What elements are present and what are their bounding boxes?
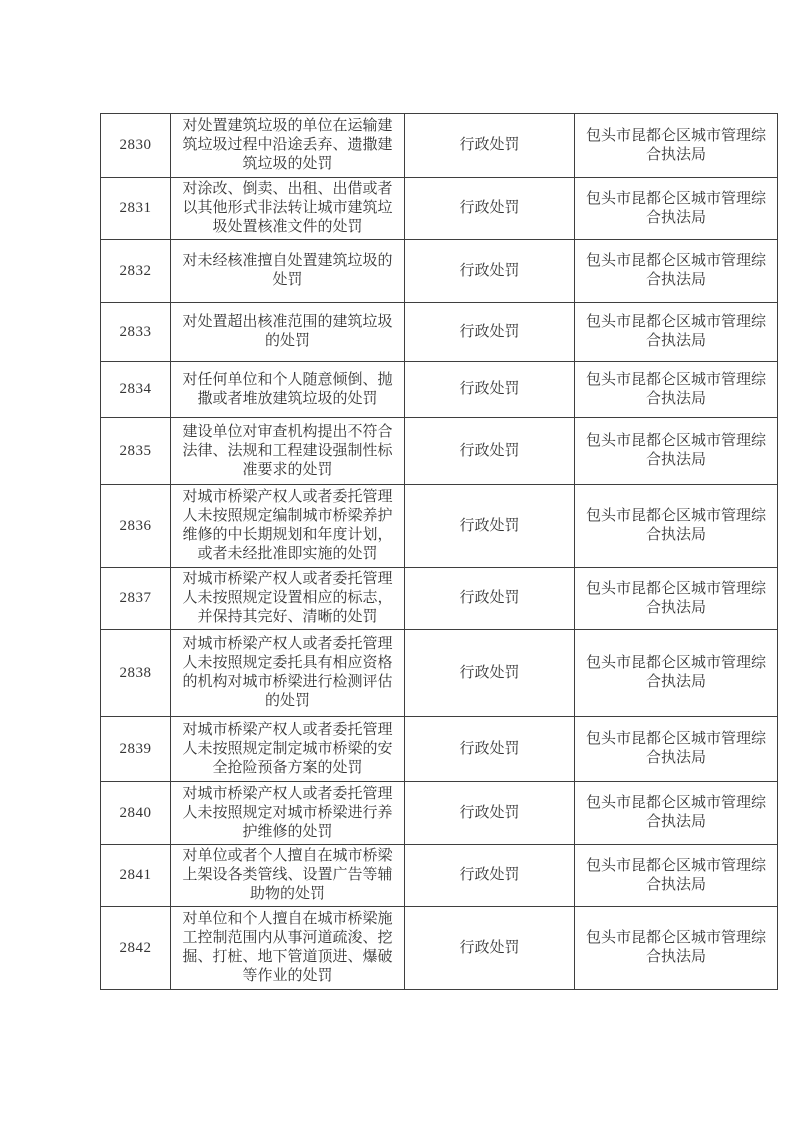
item-cell: 对涂改、倒卖、出租、出借或者 以其他形式非法转让城市建筑垃 圾处置核准文件的处罚 (171, 178, 405, 240)
row-id-cell: 2842 (101, 907, 171, 990)
item-cell: 对城市桥梁产权人或者委托管理 人未按照规定制定城市桥梁的安 全抢险预备方案的处罚 (171, 717, 405, 782)
table-row: 2838 对城市桥梁产权人或者委托管理 人未按照规定委托具有相应资格 的机构对城… (101, 630, 778, 717)
agency-cell: 包头市昆都仑区城市管理综 合执法局 (575, 240, 778, 303)
type-cell: 行政处罚 (405, 485, 575, 568)
item-cell: 对单位或者个人擅自在城市桥梁 上架设各类管线、设置广告等辅 助物的处罚 (171, 845, 405, 907)
agency-cell: 包头市昆都仑区城市管理综 合执法局 (575, 717, 778, 782)
type-cell: 行政处罚 (405, 782, 575, 845)
agency-cell: 包头市昆都仑区城市管理综 合执法局 (575, 485, 778, 568)
item-cell: 对处置建筑垃圾的单位在运输建 筑垃圾过程中沿途丢弃、遗撒建 筑垃圾的处罚 (171, 114, 405, 178)
row-id-cell: 2834 (101, 362, 171, 418)
type-cell: 行政处罚 (405, 845, 575, 907)
agency-cell: 包头市昆都仑区城市管理综 合执法局 (575, 303, 778, 362)
agency-cell: 包头市昆都仑区城市管理综 合执法局 (575, 907, 778, 990)
agency-cell: 包头市昆都仑区城市管理综 合执法局 (575, 114, 778, 178)
penalties-table: 2830 对处置建筑垃圾的单位在运输建 筑垃圾过程中沿途丢弃、遗撒建 筑垃圾的处… (100, 113, 778, 990)
table-row: 2841 对单位或者个人擅自在城市桥梁 上架设各类管线、设置广告等辅 助物的处罚… (101, 845, 778, 907)
type-cell: 行政处罚 (405, 630, 575, 717)
agency-cell: 包头市昆都仑区城市管理综 合执法局 (575, 178, 778, 240)
item-cell: 对城市桥梁产权人或者委托管理 人未按照规定对城市桥梁进行养 护维修的处罚 (171, 782, 405, 845)
agency-cell: 包头市昆都仑区城市管理综 合执法局 (575, 782, 778, 845)
table-row: 2837 对城市桥梁产权人或者委托管理 人未按照规定设置相应的标志， 并保持其完… (101, 568, 778, 630)
table-row: 2834 对任何单位和个人随意倾倒、抛 撒或者堆放建筑垃圾的处罚 行政处罚 包头… (101, 362, 778, 418)
type-cell: 行政处罚 (405, 907, 575, 990)
item-cell: 对处置超出核准范围的建筑垃圾 的处罚 (171, 303, 405, 362)
row-id-cell: 2833 (101, 303, 171, 362)
item-cell: 对未经核准擅自处置建筑垃圾的 处罚 (171, 240, 405, 303)
agency-cell: 包头市昆都仑区城市管理综 合执法局 (575, 630, 778, 717)
table-row: 2833 对处置超出核准范围的建筑垃圾 的处罚 行政处罚 包头市昆都仑区城市管理… (101, 303, 778, 362)
agency-cell: 包头市昆都仑区城市管理综 合执法局 (575, 418, 778, 485)
row-id-cell: 2839 (101, 717, 171, 782)
type-cell: 行政处罚 (405, 717, 575, 782)
item-cell: 建设单位对审查机构提出不符合 法律、法规和工程建设强制性标 准要求的处罚 (171, 418, 405, 485)
type-cell: 行政处罚 (405, 568, 575, 630)
type-cell: 行政处罚 (405, 303, 575, 362)
row-id-cell: 2838 (101, 630, 171, 717)
agency-cell: 包头市昆都仑区城市管理综 合执法局 (575, 362, 778, 418)
table-row: 2830 对处置建筑垃圾的单位在运输建 筑垃圾过程中沿途丢弃、遗撒建 筑垃圾的处… (101, 114, 778, 178)
table-row: 2832 对未经核准擅自处置建筑垃圾的 处罚 行政处罚 包头市昆都仑区城市管理综… (101, 240, 778, 303)
item-cell: 对城市桥梁产权人或者委托管理 人未按照规定设置相应的标志， 并保持其完好、清晰的… (171, 568, 405, 630)
table-row: 2840 对城市桥梁产权人或者委托管理 人未按照规定对城市桥梁进行养 护维修的处… (101, 782, 778, 845)
table-row: 2839 对城市桥梁产权人或者委托管理 人未按照规定制定城市桥梁的安 全抢险预备… (101, 717, 778, 782)
document-page: 2830 对处置建筑垃圾的单位在运输建 筑垃圾过程中沿途丢弃、遗撒建 筑垃圾的处… (0, 0, 793, 1122)
type-cell: 行政处罚 (405, 114, 575, 178)
item-cell: 对城市桥梁产权人或者委托管理 人未按照规定编制城市桥梁养护 维修的中长期规划和年… (171, 485, 405, 568)
table-row: 2835 建设单位对审查机构提出不符合 法律、法规和工程建设强制性标 准要求的处… (101, 418, 778, 485)
agency-cell: 包头市昆都仑区城市管理综 合执法局 (575, 568, 778, 630)
table-row: 2842 对单位和个人擅自在城市桥梁施 工控制范围内从事河道疏浚、挖 掘、打桩、… (101, 907, 778, 990)
type-cell: 行政处罚 (405, 362, 575, 418)
type-cell: 行政处罚 (405, 178, 575, 240)
table-row: 2831 对涂改、倒卖、出租、出借或者 以其他形式非法转让城市建筑垃 圾处置核准… (101, 178, 778, 240)
type-cell: 行政处罚 (405, 418, 575, 485)
row-id-cell: 2835 (101, 418, 171, 485)
item-cell: 对城市桥梁产权人或者委托管理 人未按照规定委托具有相应资格 的机构对城市桥梁进行… (171, 630, 405, 717)
row-id-cell: 2831 (101, 178, 171, 240)
agency-cell: 包头市昆都仑区城市管理综 合执法局 (575, 845, 778, 907)
row-id-cell: 2837 (101, 568, 171, 630)
row-id-cell: 2841 (101, 845, 171, 907)
row-id-cell: 2840 (101, 782, 171, 845)
table-row: 2836 对城市桥梁产权人或者委托管理 人未按照规定编制城市桥梁养护 维修的中长… (101, 485, 778, 568)
row-id-cell: 2836 (101, 485, 171, 568)
item-cell: 对任何单位和个人随意倾倒、抛 撒或者堆放建筑垃圾的处罚 (171, 362, 405, 418)
row-id-cell: 2830 (101, 114, 171, 178)
row-id-cell: 2832 (101, 240, 171, 303)
item-cell: 对单位和个人擅自在城市桥梁施 工控制范围内从事河道疏浚、挖 掘、打桩、地下管道顶… (171, 907, 405, 990)
type-cell: 行政处罚 (405, 240, 575, 303)
